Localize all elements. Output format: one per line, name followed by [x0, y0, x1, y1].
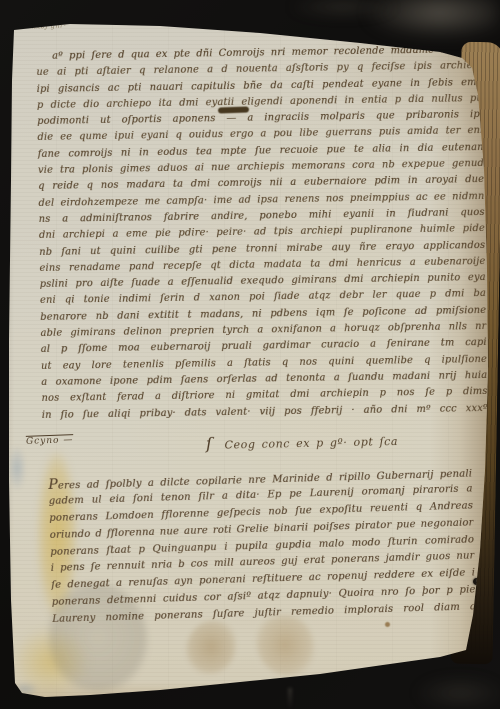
corner-annotation: xxbj gñr·	[32, 21, 67, 30]
ink-flick-mark-2: ~	[290, 27, 298, 37]
stain-brown-blotch-1	[186, 620, 236, 674]
stain-blue-bottom-edge	[12, 682, 38, 696]
stain-blue-left-edge	[8, 446, 26, 490]
manuscript-photo: xxbj gñr· ~· ~ aº ppi ſere d qua ex pte …	[0, 0, 500, 709]
docket-text: Ceog conc ex p gº· opt ſca	[224, 435, 398, 452]
ink-flick-mark-1: ~·	[87, 16, 101, 29]
manuscript-page: xxbj gñr· ~· ~ aº ppi ſere d qua ex pte …	[0, 0, 500, 709]
docket-line: ſCeog conc ex p gº· opt ſca	[206, 430, 398, 453]
brown-speck	[385, 622, 390, 627]
backdrop-fold-crease	[288, 688, 292, 709]
docket-flourish: ſ	[206, 434, 213, 453]
text-block-main: aº ppi ſere d qua ex pte dñi Comroijs nr…	[36, 42, 488, 424]
stain-brown-blotch-2	[256, 614, 314, 676]
backdrop-sheen-bottom-right	[415, 676, 500, 709]
backdrop-sheen-top	[288, 0, 398, 18]
stain-yellow-bottom-left	[14, 628, 88, 696]
text-block-second: Peres ad ſpolbly a dilcte copilarie nre …	[48, 464, 476, 629]
margin-annotation: Gcyno —	[26, 435, 74, 447]
backdrop-sheen-top-right	[368, 0, 498, 38]
